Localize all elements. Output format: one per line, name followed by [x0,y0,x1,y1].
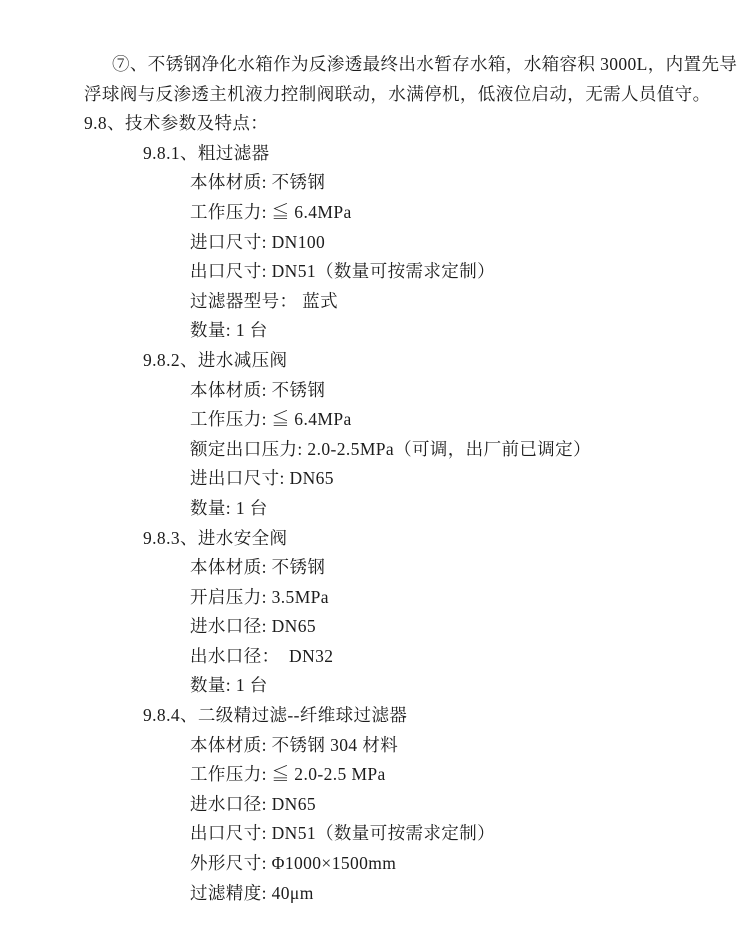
spec-line: 出水口径： DN32 [84,642,694,672]
spec-line: 本体材质: 不锈钢 [84,553,694,583]
section-title-9-8-4: 9.8.4、二级精过滤--纤维球过滤器 [84,701,694,731]
spec-line: 过滤器型号： 蓝式 [84,287,694,317]
spec-line: 工作压力: ≦ 2.0-2.5 MPa [84,760,694,790]
document-page: ⑦、不锈钢净化水箱作为反渗透最终出水暂存水箱，水箱容积 3000L，内置先导 浮… [84,50,694,908]
spec-line: 数量: 1 台 [84,494,694,524]
spec-line: 进口尺寸: DN100 [84,228,694,258]
spec-line: 进水口径: DN65 [84,612,694,642]
spec-line: 数量: 1 台 [84,671,694,701]
spec-line: 工作压力: ≦ 6.4MPa [84,405,694,435]
spec-line: 工作压力: ≦ 6.4MPa [84,198,694,228]
spec-line: 本体材质: 不锈钢 [84,376,694,406]
spec-line: 开启压力: 3.5MPa [84,583,694,613]
spec-line: 出口尺寸: DN51（数量可按需求定制） [84,819,694,849]
section-title-9-8-1: 9.8.1、粗过滤器 [84,139,694,169]
spec-line: 进出口尺寸: DN65 [84,464,694,494]
intro-paragraph-line-1: ⑦、不锈钢净化水箱作为反渗透最终出水暂存水箱，水箱容积 3000L，内置先导 [84,50,694,80]
spec-line: 额定出口压力: 2.0-2.5MPa（可调，出厂前已调定） [84,435,694,465]
section-title-9-8-3: 9.8.3、进水安全阀 [84,524,694,554]
section-title-9-8-2: 9.8.2、进水减压阀 [84,346,694,376]
intro-paragraph-line-2: 浮球阀与反渗透主机液力控制阀联动，水满停机，低液位启动，无需人员值守。 [84,80,694,110]
spec-line: 本体材质: 不锈钢 [84,168,694,198]
spec-line: 外形尺寸: Φ1000×1500mm [84,849,694,879]
spec-line: 出口尺寸: DN51（数量可按需求定制） [84,257,694,287]
spec-line: 过滤精度: 40μm [84,879,694,909]
spec-line: 进水口径: DN65 [84,790,694,820]
spec-line: 本体材质: 不锈钢 304 材料 [84,731,694,761]
spec-line: 数量: 1 台 [84,316,694,346]
tech-params-heading: 9.8、技术参数及特点： [84,109,694,139]
